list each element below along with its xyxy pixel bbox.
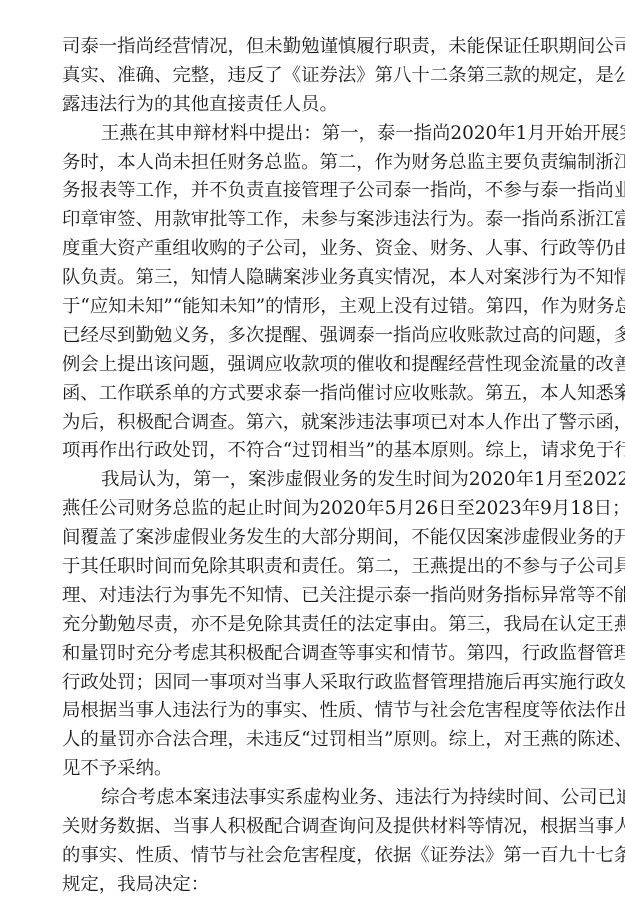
text-line: 理、对违法行为事先不知情、已关注提示泰一指尚财务指标异常等不能证实其已: [62, 582, 578, 611]
text-line: 燕任公司财务总监的起止时间为2020年5月26日至2023年9月18日；王燕的任…: [62, 495, 578, 524]
text-line: 关财务数据、当事人积极配合调查询问及提供材料等情况，根据当事人违法行为: [62, 813, 578, 842]
paragraph: 我局认为，第一，案涉虚假业务的发生时间为2020年1月至2022上半年，王燕任公…: [62, 466, 578, 784]
text-line: 见不予采纳。: [62, 755, 578, 784]
text-line: 间覆盖了案涉虚假业务发生的大部分期间，不能仅因案涉虚假业务的开始时间早: [62, 524, 578, 553]
text-line: 综合考虑本案违法事实系虚构业务、违法行为持续时间、公司已追溯调整相: [62, 784, 578, 813]
paragraph: 王燕在其申辩材料中提出：第一，泰一指尚2020年1月开始开展案涉虚构业务时，本人…: [62, 120, 578, 467]
text-line: 局根据当事人违法行为的事实、性质、情节与社会危害程度等依法作出；对当事: [62, 697, 578, 726]
text-line: 已经尽到勤勉义务，多次提醒、强调泰一指尚应收账款过高的问题，多次在财务: [62, 322, 578, 351]
text-line: 例会上提出该问题，强调应收款项的催收和提醒经营性现金流量的改善；通过发: [62, 351, 578, 380]
text-line: 露违法行为的其他直接责任人员。: [62, 91, 578, 120]
text-line: 于“应知未知”“能知未知”的情形，主观上没有过错。第四，作为财务总监，: [62, 293, 578, 322]
text-line: 王燕在其申辩材料中提出：第一，泰一指尚2020年1月开始开展案涉虚构业: [62, 120, 578, 149]
paragraph: 司泰一指尚经营情况，但未勤勉谨慎履行职责，未能保证任职期间公司相关报告真实、准确…: [62, 33, 578, 120]
text-line: 充分勤勉尽责，亦不是免除其责任的法定事由。第三，我局在认定王燕法律责任: [62, 611, 578, 640]
text-line: 真实、准确、完整，违反了《证券法》第八十二条第三款的规定，是公司信息披: [62, 62, 578, 91]
text-line: 人的量罚亦合法合理，未违反“过罚相当”原则。综上，对王燕的陈述、申辩意: [62, 726, 578, 755]
text-line: 为后，积极配合调查。第六，就案涉违法事项已对本人作出了警示函，就同一事: [62, 409, 578, 438]
text-line: 印章审签、用款审批等工作，未参与案涉违法行为。泰一指尚系浙江富润2016年: [62, 206, 578, 235]
text-line: 司泰一指尚经营情况，但未勤勉谨慎履行职责，未能保证任职期间公司相关报告: [62, 33, 578, 62]
text-line: 和量罚时充分考虑其积极配合调查等事实和情节。第四，行政监督管理措施并非: [62, 640, 578, 669]
text-line: 度重大资产重组收购的子公司，业务、资金、财务、人事、行政等仍由原创始团: [62, 235, 578, 264]
paragraph: 综合考虑本案违法事实系虚构业务、违法行为持续时间、公司已追溯调整相关财务数据、当…: [62, 784, 578, 900]
text-line: 函、工作联系单的方式要求泰一指尚催讨应收账款。第五，本人知悉案涉违规行: [62, 380, 578, 409]
text-line: 行政处罚；因同一事项对当事人采取行政监督管理措施后再实施行政处罚，系我: [62, 669, 578, 698]
text-line: 队负责。第三，知情人隐瞒案涉业务真实情况，本人对案涉行为不知情，也不属: [62, 264, 578, 293]
text-line: 务报表等工作，并不负责直接管理子公司泰一指尚，不参与泰一指尚业务管理、: [62, 177, 578, 206]
text-line: 的事实、性质、情节与社会危害程度，依据《证券法》第一百九十七条第二款的: [62, 842, 578, 871]
text-line: 于其任职时间而免除其职责和责任。第二，王燕提出的不参与子公司具体经营管: [62, 553, 578, 582]
text-line: 项再作出行政处罚，不符合“过罚相当”的基本原则。综上，请求免于行政处罚。: [62, 437, 578, 466]
document-page: 司泰一指尚经营情况，但未勤勉谨慎履行职责，未能保证任职期间公司相关报告真实、准确…: [62, 33, 578, 900]
text-line: 务时，本人尚未担任财务总监。第二，作为财务总监主要负责编制浙江富润的财: [62, 149, 578, 178]
text-line: 规定，我局决定：: [62, 871, 578, 900]
text-line: 我局认为，第一，案涉虚假业务的发生时间为2020年1月至2022上半年，王: [62, 466, 578, 495]
